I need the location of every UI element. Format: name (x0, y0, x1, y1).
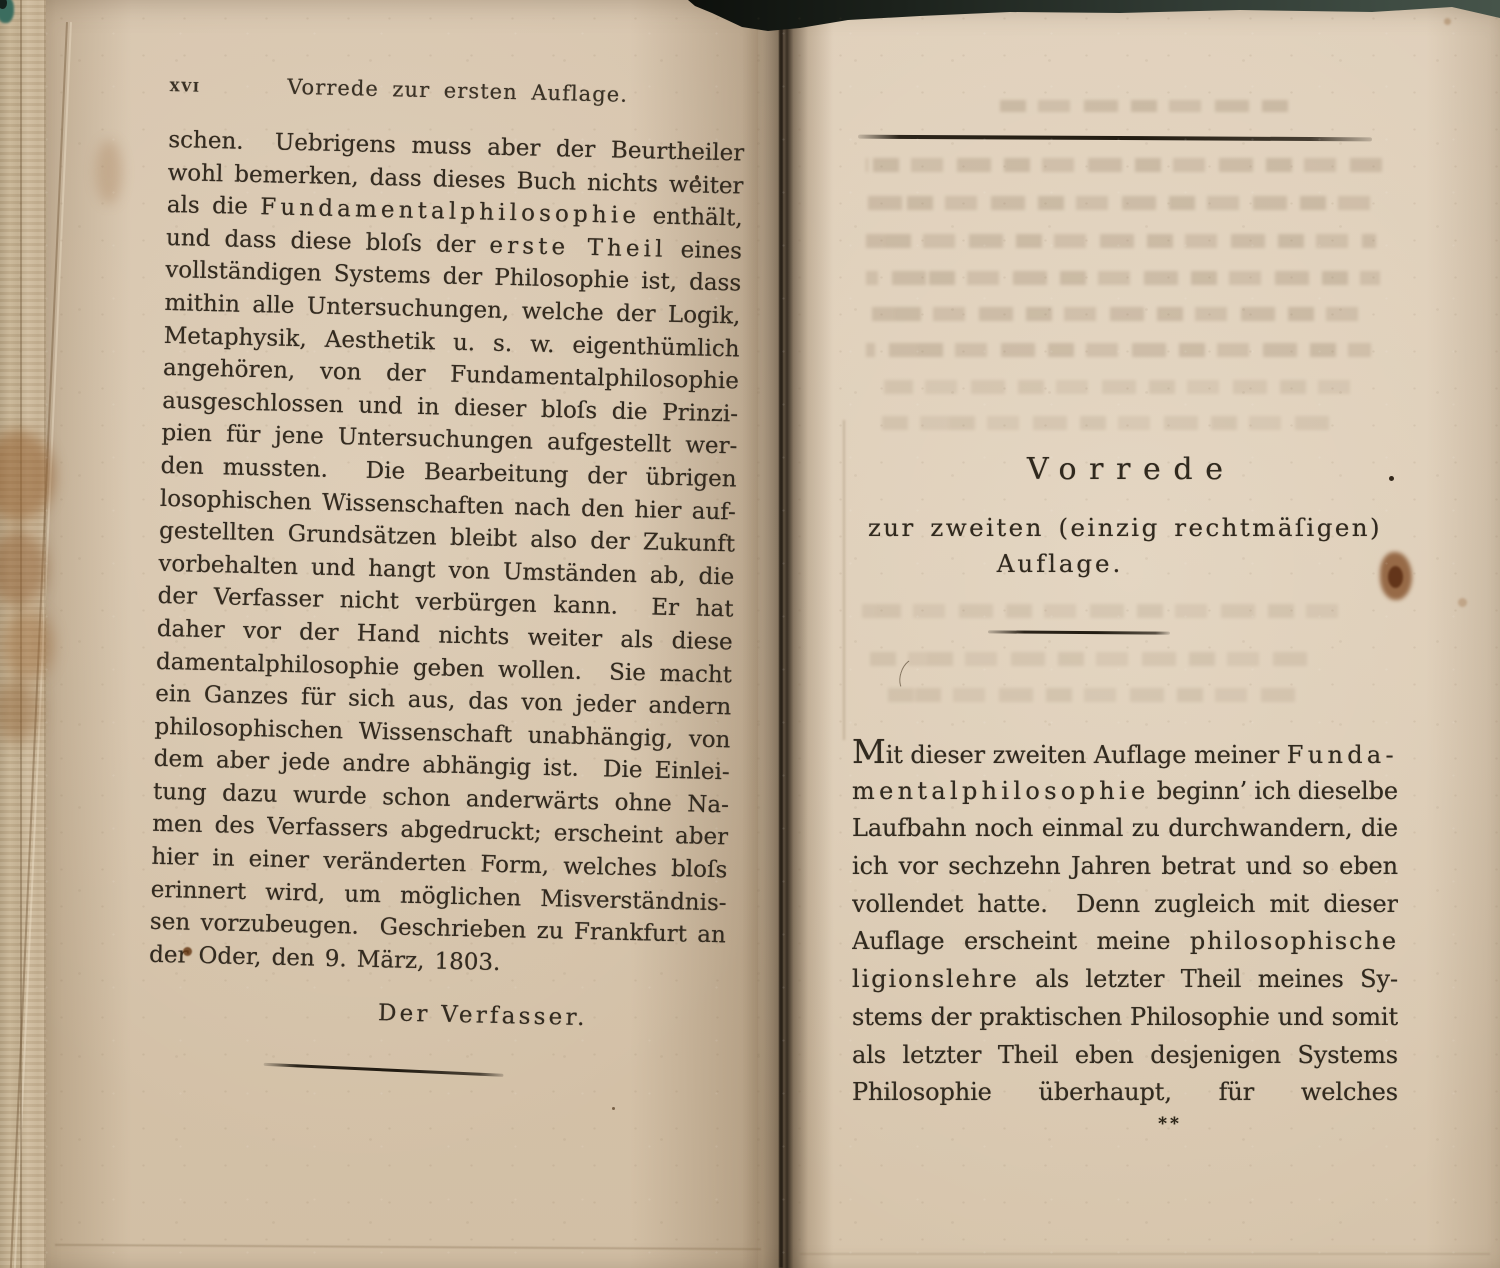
show-through-text (870, 652, 1320, 666)
speck (1389, 476, 1394, 481)
text-segment: enthält, (640, 203, 743, 231)
text-segment: als die (167, 192, 261, 220)
show-through-text (866, 158, 1382, 172)
text-segment: der Oder, den 9. März, 1803. (149, 942, 501, 976)
bottom-crease (800, 1253, 1490, 1255)
text-line: Auflage erscheint meine philosophische R… (852, 923, 1398, 961)
show-through-text (866, 307, 1366, 321)
text-line: Laufbahn noch einmal zu durchwandern, di… (852, 810, 1398, 848)
speck (695, 175, 699, 180)
text-segment: mentalphilosophie (852, 777, 1150, 805)
text-line: ich vor sechzehn Jahren betrat und so eb… (852, 848, 1398, 886)
text-line: mentalphilosophie beginn’ ich dieselbe (852, 773, 1398, 811)
printer-signature-mark: ** (897, 1114, 1443, 1134)
vertical-crease (843, 420, 845, 740)
preface-subtitle-line1: zur zweiten (einzig rechtmäſigen) (852, 513, 1398, 542)
right-page-text: Mit dieser zweiten Auflage meiner Funda-… (852, 735, 1398, 1134)
text-segment: M (852, 735, 886, 771)
show-through-text (866, 234, 1376, 248)
text-line: Philosophie überhaupt, für welches vorli… (852, 1074, 1398, 1112)
show-through-text (1000, 100, 1300, 112)
left-paragraph: schen. Uebrigens muss aber der Beurtheil… (149, 124, 745, 985)
text-segment: und dass diese bloſs der (166, 225, 490, 259)
text-segment: ich vor sechzehn Jahren betrat und so eb… (852, 852, 1398, 880)
show-through-text (876, 416, 1336, 430)
text-line: ligionslehre als letzter Theil meines Sy… (852, 961, 1398, 999)
speck (612, 1107, 615, 1110)
book-photo: xvi Vorrede zur ersten Auflage. schen. U… (0, 0, 1500, 1268)
right-paragraph: Mit dieser zweiten Auflage meiner Funda-… (852, 735, 1398, 1112)
ink-spot (183, 947, 192, 956)
text-segment: stems der praktischen Philosophie und so… (852, 1003, 1398, 1031)
show-through-text (866, 343, 1371, 357)
text-segment: Philosophie überhaupt, für welches vorli… (852, 1078, 1398, 1112)
foxing-spot (1444, 18, 1451, 25)
left-page-text: xvi Vorrede zur ersten Auflage. schen. U… (147, 72, 746, 1080)
foxing-spot (1458, 598, 1467, 607)
text-segment: it dieser zweiten Auflage meiner (886, 741, 1287, 769)
text-segment: eines (666, 237, 742, 265)
preface-subtitle-line2: Auflage. (787, 549, 1333, 578)
text-segment: Funda- (1287, 741, 1398, 769)
page-number: xvi (169, 75, 241, 98)
text-segment: Fundamentalphilosophie (260, 194, 640, 229)
text-segment: erste Theil (489, 232, 667, 262)
text-segment: ligionslehre (852, 965, 1019, 993)
text-segment: vollendet hatte. Denn zugleich mit diese… (852, 890, 1398, 924)
header-spacer (673, 103, 745, 105)
text-line: Mit dieser zweiten Auflage meiner Funda- (852, 735, 1398, 773)
text-segment: Laufbahn noch einmal zu durchwandern, di… (852, 814, 1398, 842)
closing-signature: Der Verfasser. (148, 995, 724, 1035)
gutter-shadow (779, 0, 783, 1268)
show-through-text (852, 604, 1342, 618)
right-page-title-block: Vorrede zur zweiten (einzig rechtmäſigen… (852, 452, 1398, 578)
show-through-text (876, 380, 1356, 394)
show-through-text (866, 271, 1380, 285)
text-line: stems der praktischen Philosophie und so… (852, 999, 1398, 1037)
text-line: vollendet hatte. Denn zugleich mit diese… (852, 886, 1398, 924)
stain (2, 610, 52, 680)
stain (1388, 566, 1403, 588)
text-segment: als letzter Theil eben desjenigen System… (852, 1041, 1398, 1075)
page-gutter (742, 0, 834, 1268)
text-segment: beginn’ ich dieselbe (1150, 777, 1398, 805)
text-line: als letzter Theil eben desjenigen System… (852, 1037, 1398, 1075)
show-through-text (882, 688, 1302, 702)
stain (96, 140, 122, 204)
text-segment: als letzter Theil meines Sy- (1019, 965, 1398, 993)
text-segment: Auflage erscheint meine (852, 927, 1190, 955)
preface-title: Vorrede (852, 452, 1398, 487)
show-through-text (866, 196, 1382, 210)
